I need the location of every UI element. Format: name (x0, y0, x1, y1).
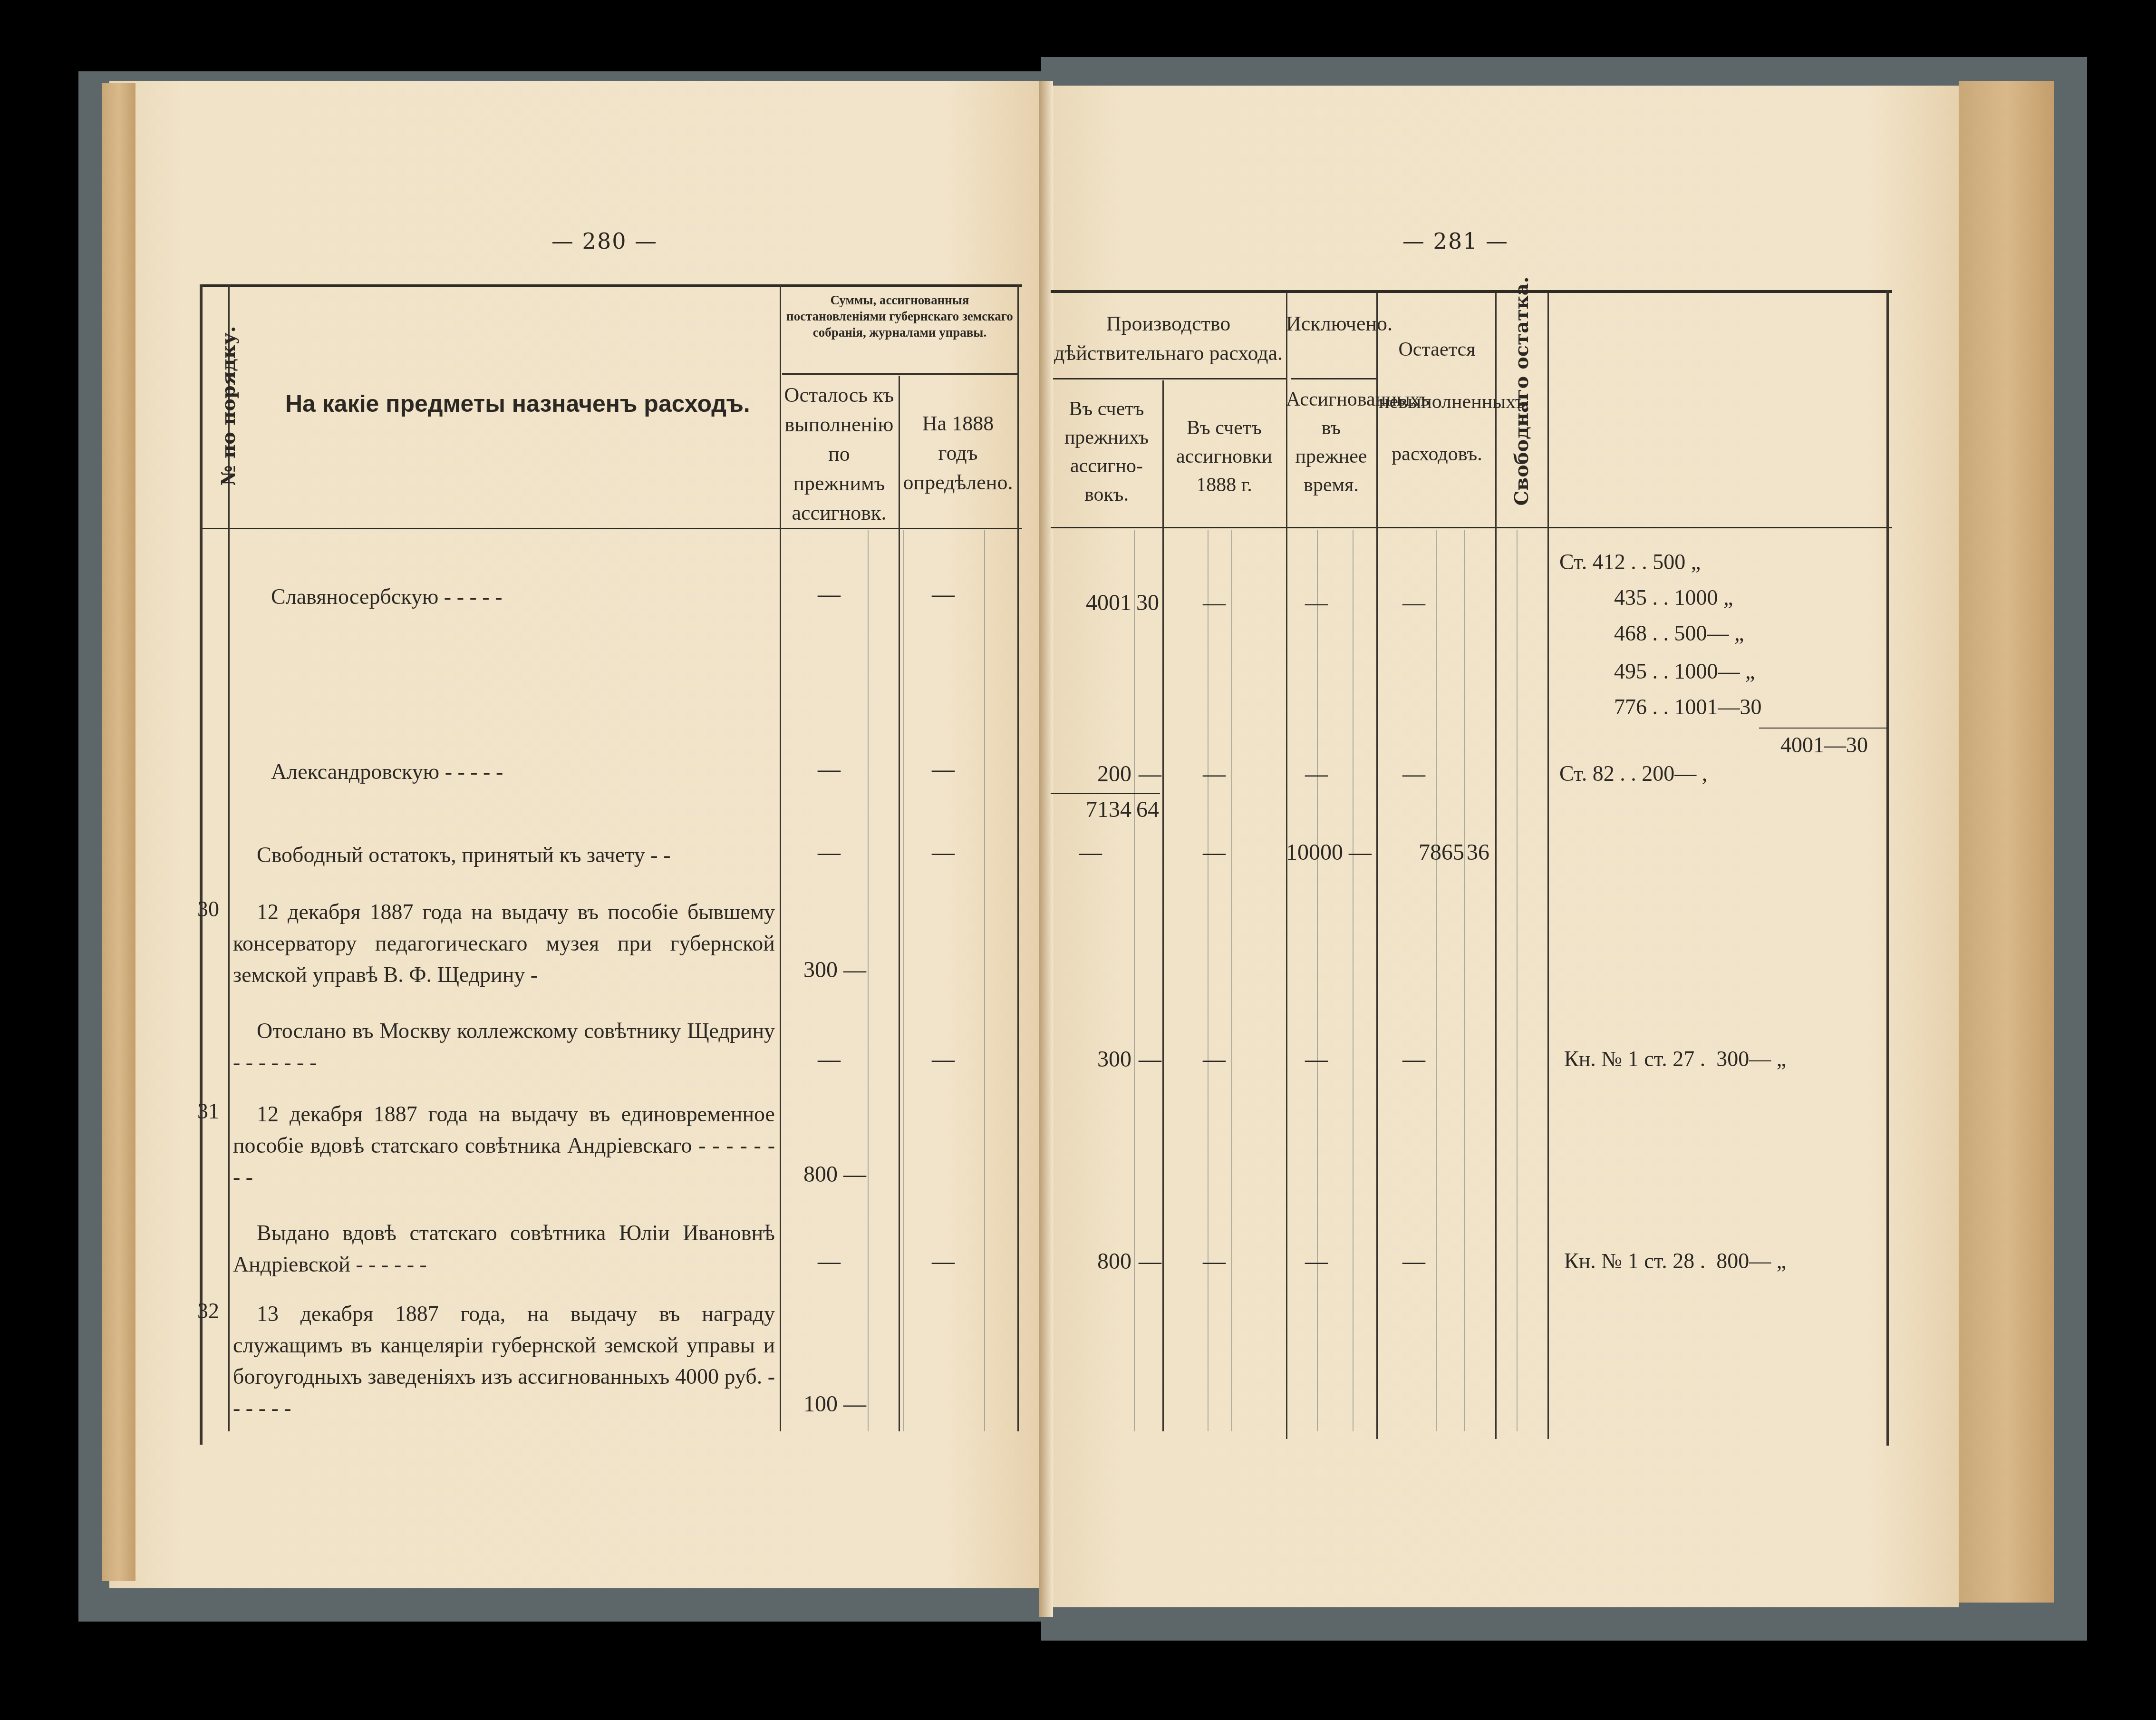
reference-note: Кн. № 1 ст. 28 . 800— „ (1564, 1248, 1786, 1273)
header-sums-group: Суммы, ассигнованныя постановленіями губ… (784, 292, 1015, 340)
row-year-1888: — (932, 756, 955, 782)
cell-prev: 800 (1065, 1248, 1131, 1274)
reference-note: 495 . . 1000— „ (1614, 659, 1755, 684)
cell-prev: — (1079, 839, 1102, 865)
header-excluded-sub: Ассигнованныхъ въ прежнее время. (1286, 385, 1376, 499)
reference-note: Ст. 82 . . 200— , (1559, 761, 1707, 786)
header-order-no: № по порядку. (217, 301, 240, 511)
cell-prev-kop: 30 (1136, 590, 1162, 616)
cell-excluded: — (1305, 761, 1328, 787)
row-remaining: — (818, 839, 841, 865)
cell-1888: — (1203, 839, 1226, 865)
row-subject: 13 декабря 1887 года, на выдачу въ награ… (233, 1298, 775, 1424)
row-subject: Свободный остатокъ, принятый къ зачету -… (257, 839, 775, 871)
right-page-edge (1959, 81, 2054, 1603)
row-remaining: — (818, 581, 841, 607)
cell-prev-kop: — (1139, 1248, 1161, 1274)
header-remains-group: Остается невыполненныхъ расходовъ. (1379, 323, 1495, 480)
row-subject: Александровскую - - - - - (271, 756, 775, 787)
reference-total: 4001—30 (1780, 732, 1868, 758)
row-subject: 12 декабря 1887 года на выдачу въ пособі… (233, 896, 775, 991)
header-subject: На какіе предметы назначенъ расходъ. (285, 390, 750, 418)
cell-remains: — (1402, 1248, 1425, 1274)
row-remaining: — (818, 1248, 841, 1274)
header-free-balance: Свободнаго остатка. (1510, 306, 1533, 506)
cell-1888: — (1203, 761, 1226, 787)
row-year-1888: — (932, 839, 955, 865)
cell-1888: — (1203, 1046, 1226, 1072)
row-number: 32 (197, 1298, 226, 1323)
row-subject: Отослано въ Москву коллежскому совѣтнику… (233, 1015, 775, 1078)
left-page-number: — 280 — (551, 228, 657, 254)
row-year-1888: — (932, 581, 955, 607)
row-remaining: 800 — (803, 1161, 899, 1187)
header-excluded-group: Исключено. (1286, 309, 1376, 339)
cell-prev-kop: — (1139, 761, 1161, 787)
cell-excluded: — (1305, 590, 1328, 616)
cell-subtotal: 7134 (1055, 797, 1131, 823)
cell-1888: — (1203, 1248, 1226, 1274)
row-remaining: 100 — (803, 1391, 899, 1417)
reference-note: 468 . . 500— „ (1614, 621, 1744, 646)
header-year-1888: На 1888 годъ опредѣлено. (901, 409, 1015, 497)
row-number: 31 (197, 1098, 226, 1124)
cell-subtotal-kop: 64 (1136, 797, 1162, 823)
cell-prev-kop: — (1139, 1046, 1161, 1072)
cell-remains: — (1402, 1046, 1425, 1072)
row-remaining: — (818, 756, 841, 782)
row-remaining: 300 — (803, 957, 899, 983)
cell-remains-kop: 36 (1467, 839, 1495, 865)
reference-note: 776 . . 1001—30 (1614, 694, 1762, 719)
row-subject: 12 декабря 1887 года на выдачу въ единов… (233, 1098, 775, 1193)
header-actual-group: Производство дѣйствительнаго расхода. (1053, 309, 1284, 368)
row-year-1888: — (932, 1248, 955, 1274)
reference-note: 435 . . 1000 „ (1614, 585, 1733, 610)
right-page-number: — 281 — (1402, 228, 1508, 254)
cell-excluded: — (1305, 1046, 1328, 1072)
row-year-1888: — (932, 1046, 955, 1072)
left-page-edge (102, 83, 135, 1581)
reference-note: Кн. № 1 ст. 27 . 300— „ (1564, 1046, 1786, 1071)
cell-prev: 300 (1065, 1046, 1131, 1072)
cell-excluded: — (1305, 1248, 1328, 1274)
header-assign-1888: Въ счетъ ассигновки 1888 г. (1165, 414, 1284, 499)
cell-remains: — (1402, 761, 1425, 787)
cell-prev: 4001 (1065, 590, 1131, 616)
gutter (1039, 81, 1053, 1617)
row-subject: Славяносербскую - - - - - (271, 581, 775, 612)
cell-remains: — (1402, 590, 1425, 616)
cell-remains: 7865 (1393, 839, 1464, 865)
cell-1888: — (1203, 590, 1226, 616)
row-number: 30 (197, 896, 226, 922)
reference-note: Ст. 412 . . 500 „ (1559, 549, 1701, 574)
header-prev-assign: Въ счетъ прежнихъ ассигно-вокъ. (1053, 395, 1160, 509)
row-subject: Выдано вдовѣ статскаго совѣтника Юліи Ив… (233, 1217, 775, 1280)
row-remaining: — (818, 1046, 841, 1072)
cell-excluded: 10000 — (1286, 839, 1376, 865)
cell-prev: 200 (1065, 761, 1131, 787)
header-remaining: Осталось къ выполненію по прежнимъ ассиг… (782, 380, 896, 528)
